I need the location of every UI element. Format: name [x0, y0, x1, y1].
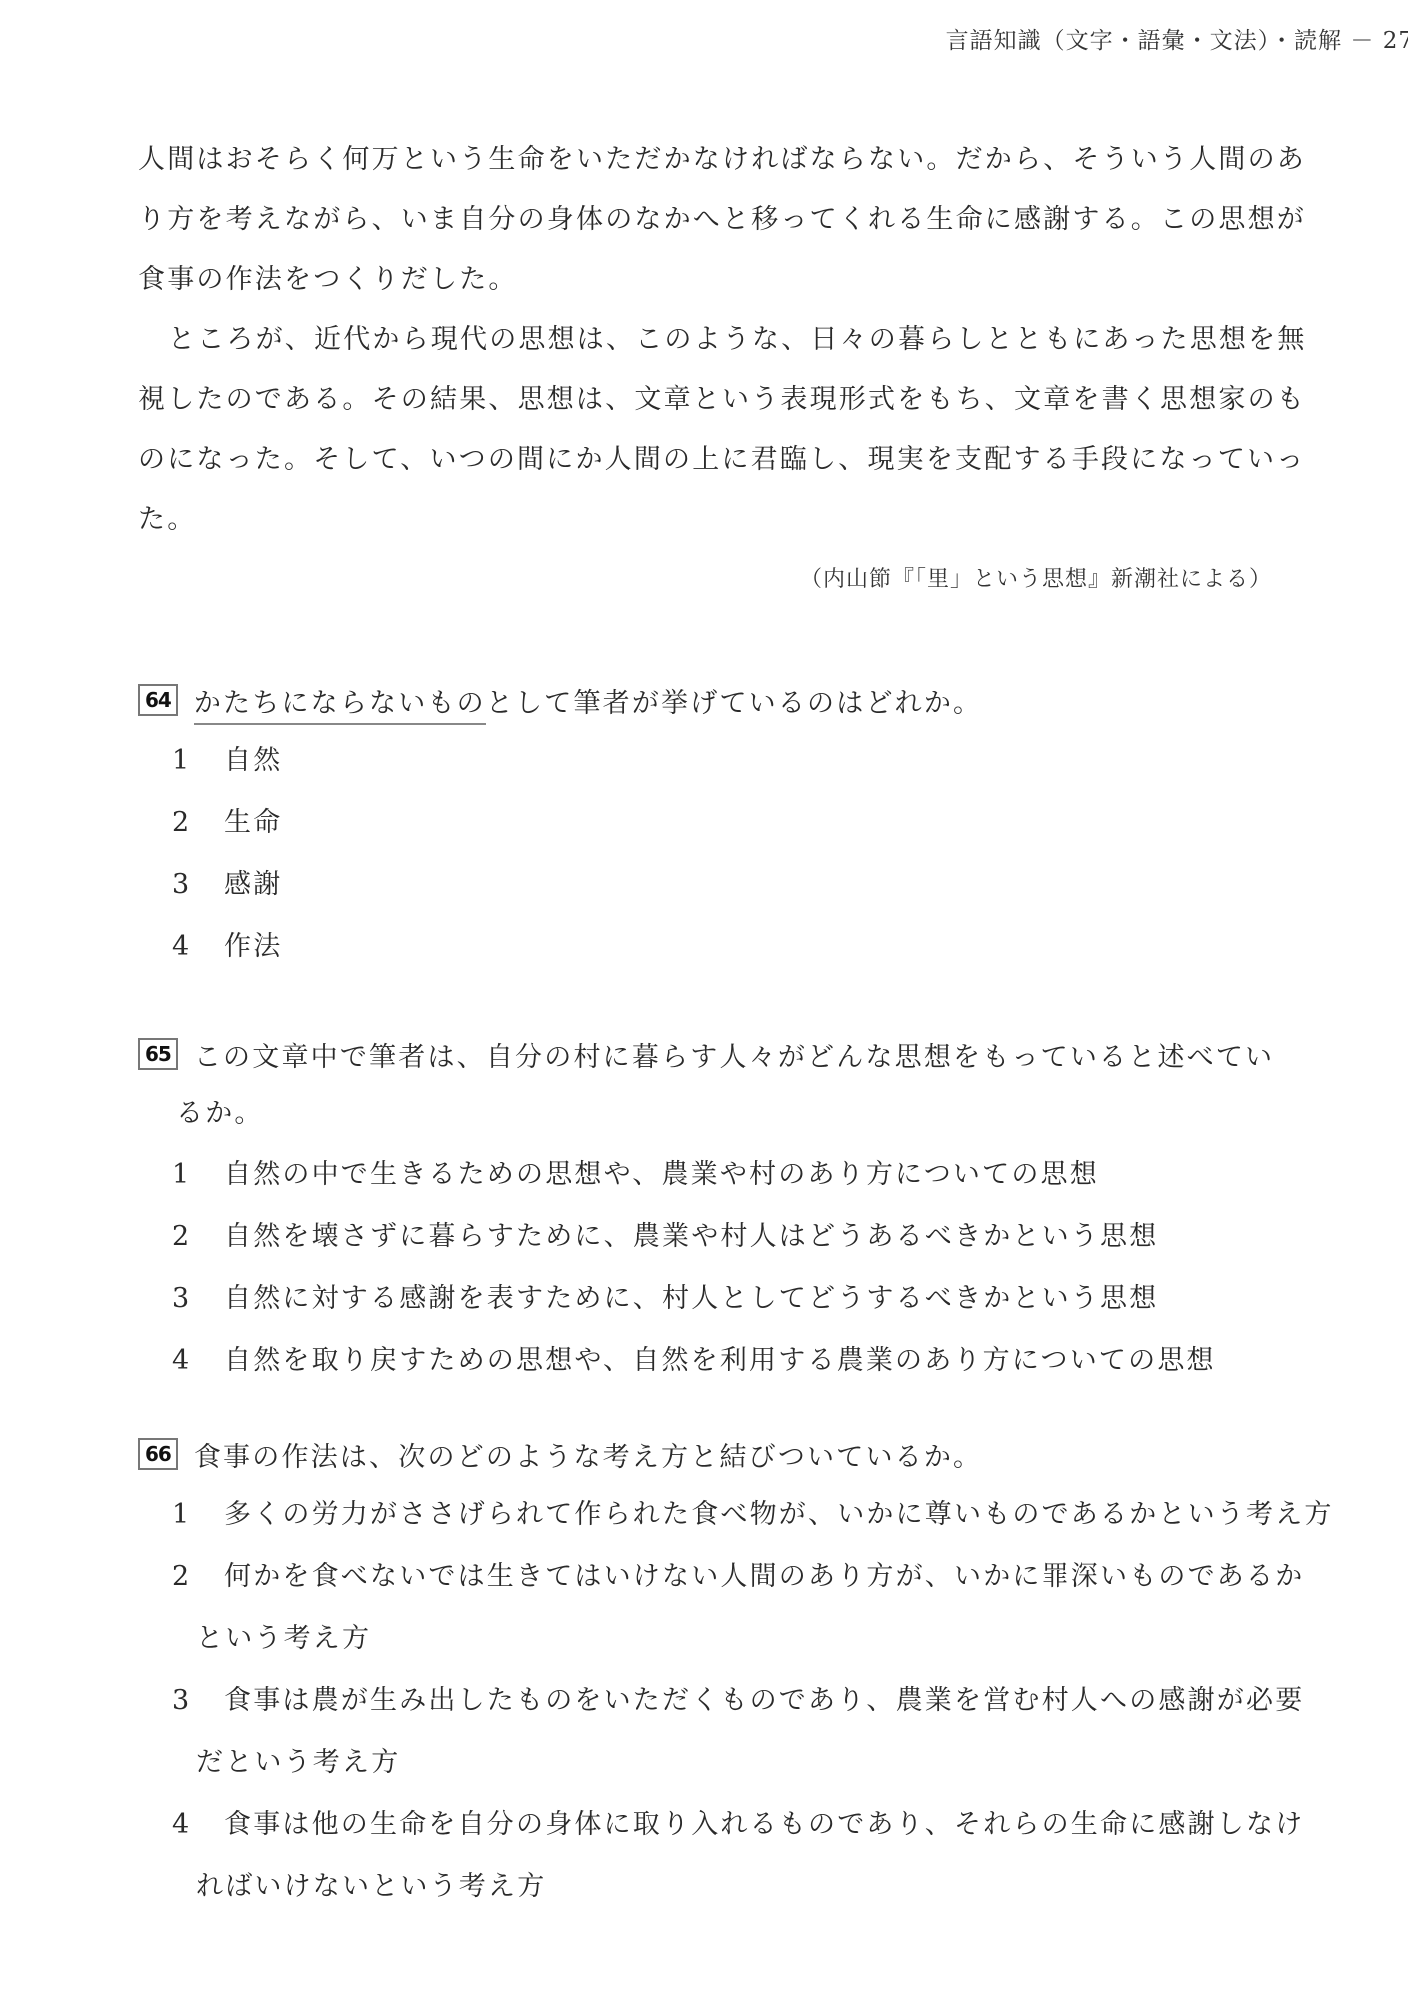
question-text-continued: るか。 — [138, 1084, 1338, 1144]
question-text: かたちにならないものとして筆者が挙げているのはどれか。 — [194, 681, 982, 720]
option-text: 生命 — [224, 792, 1338, 854]
answer-option[interactable]: 4 作法 — [138, 916, 1338, 978]
question-stem: 64 かたちにならないものとして筆者が挙げているのはどれか。 — [138, 670, 1338, 730]
option-number: 4 — [138, 1794, 224, 1856]
option-text-continued: だという考え方 — [138, 1732, 1338, 1794]
option-number: 2 — [138, 1206, 224, 1268]
answer-option[interactable]: 3 感謝 — [138, 854, 1338, 916]
option-text: 感謝 — [224, 854, 1338, 916]
answer-option[interactable]: 2 自然を壊さずに暮らすために、農業や村人はどうあるべきかという思想 — [138, 1206, 1338, 1268]
question-number-box: 66 — [138, 1438, 178, 1470]
option-text: 自然を壊さずに暮らすために、農業や村人はどうあるべきかという思想 — [224, 1206, 1338, 1268]
passage-line: た。 — [138, 490, 1308, 550]
option-text-continued: という考え方 — [138, 1608, 1338, 1670]
passage-line: り方を考えながら、いま自分の身体のなかへと移ってくれる生命に感謝する。この思想が — [138, 190, 1308, 250]
option-number: 3 — [138, 1268, 224, 1330]
option-number: 3 — [138, 1670, 224, 1732]
question-text: この文章中で筆者は、自分の村に暮らす人々がどんな思想をもっていると述べてい — [194, 1035, 1274, 1074]
question-text-rest: として筆者が挙げているのはどれか。 — [486, 688, 982, 719]
question-number-box: 64 — [138, 684, 178, 716]
answer-options: 1 自然 2 生命 3 感謝 4 作法 — [138, 730, 1338, 978]
passage-line: 視したのである。その結果、思想は、文章という表現形式をもち、文章を書く思想家のも — [138, 370, 1308, 430]
option-text: 自然の中で生きるための思想や、農業や村のあり方についての思想 — [224, 1144, 1338, 1206]
option-text: 食事は他の生命を自分の身体に取り入れるものであり、それらの生命に感謝しなけ — [224, 1794, 1338, 1856]
running-header: 言語知識（文字・語彙・文法）・読解 － 27 — [946, 22, 1408, 55]
answer-option[interactable]: 4 自然を取り戻すための思想や、自然を利用する農業のあり方についての思想 — [138, 1330, 1338, 1392]
passage-line: 食事の作法をつくりだした。 — [138, 250, 1308, 310]
option-number: 2 — [138, 792, 224, 854]
option-text: 作法 — [224, 916, 1338, 978]
question-text: 食事の作法は、次のどのような考え方と結びついているか。 — [194, 1435, 982, 1474]
answer-options: 1 自然の中で生きるための思想や、農業や村のあり方についての思想 2 自然を壊さ… — [138, 1144, 1338, 1392]
option-text: 自然を取り戻すための思想や、自然を利用する農業のあり方についての思想 — [224, 1330, 1338, 1392]
question-stem: 66 食事の作法は、次のどのような考え方と結びついているか。 — [138, 1424, 1338, 1484]
option-text: 何かを食べないでは生きてはいけない人間のあり方が、いかに罪深いものであるか — [224, 1546, 1338, 1608]
answer-option[interactable]: 3 食事は農が生み出したものをいただくものであり、農業を営む村人への感謝が必要 … — [138, 1670, 1338, 1794]
answer-option[interactable]: 3 自然に対する感謝を表すために、村人としてどうするべきかという思想 — [138, 1268, 1338, 1330]
option-number: 4 — [138, 916, 224, 978]
question-64: 64 かたちにならないものとして筆者が挙げているのはどれか。 1 自然 2 生命… — [138, 670, 1338, 978]
option-number: 4 — [138, 1330, 224, 1392]
answer-option[interactable]: 2 生命 — [138, 792, 1338, 854]
question-stem: 65 この文章中で筆者は、自分の村に暮らす人々がどんな思想をもっていると述べてい — [138, 1024, 1338, 1084]
option-text: 自然に対する感謝を表すために、村人としてどうするべきかという思想 — [224, 1268, 1338, 1330]
option-number: 1 — [138, 1484, 224, 1546]
option-number: 3 — [138, 854, 224, 916]
answer-option[interactable]: 1 多くの労力がささげられて作られた食べ物が、いかに尊いものであるかという考え方 — [138, 1484, 1338, 1546]
answer-option[interactable]: 4 食事は他の生命を自分の身体に取り入れるものであり、それらの生命に感謝しなけ … — [138, 1794, 1338, 1918]
question-number-box: 65 — [138, 1038, 178, 1070]
answer-options: 1 多くの労力がささげられて作られた食べ物が、いかに尊いものであるかという考え方… — [138, 1484, 1338, 1918]
answer-option[interactable]: 1 自然 — [138, 730, 1338, 792]
source-citation: （内山節『「里」という思想』新潮社による） — [800, 562, 1272, 593]
passage-line: のになった。そして、いつの間にか人間の上に君臨し、現実を支配する手段になっていっ — [138, 430, 1308, 490]
question-65: 65 この文章中で筆者は、自分の村に暮らす人々がどんな思想をもっていると述べてい… — [138, 1024, 1338, 1392]
passage-line: ところが、近代から現代の思想は、このような、日々の暮らしとともにあった思想を無 — [138, 310, 1308, 370]
option-number: 2 — [138, 1546, 224, 1608]
answer-option[interactable]: 1 自然の中で生きるための思想や、農業や村のあり方についての思想 — [138, 1144, 1338, 1206]
option-number: 1 — [138, 730, 224, 792]
option-text: 食事は農が生み出したものをいただくものであり、農業を営む村人への感謝が必要 — [224, 1670, 1338, 1732]
option-number: 1 — [138, 1144, 224, 1206]
option-text-continued: ればいけないという考え方 — [138, 1856, 1338, 1918]
passage-line: 人間はおそらく何万という生命をいただかなければならない。だから、そういう人間のあ — [138, 130, 1308, 190]
question-66: 66 食事の作法は、次のどのような考え方と結びついているか。 1 多くの労力がさ… — [138, 1424, 1338, 1918]
option-text: 自然 — [224, 730, 1338, 792]
option-text: 多くの労力がささげられて作られた食べ物が、いかに尊いものであるかという考え方 — [224, 1484, 1338, 1546]
reading-passage: 人間はおそらく何万という生命をいただかなければならない。だから、そういう人間のあ… — [138, 130, 1308, 550]
underlined-phrase: かたちにならないもの — [194, 688, 486, 725]
answer-option[interactable]: 2 何かを食べないでは生きてはいけない人間のあり方が、いかに罪深いものであるか … — [138, 1546, 1338, 1670]
